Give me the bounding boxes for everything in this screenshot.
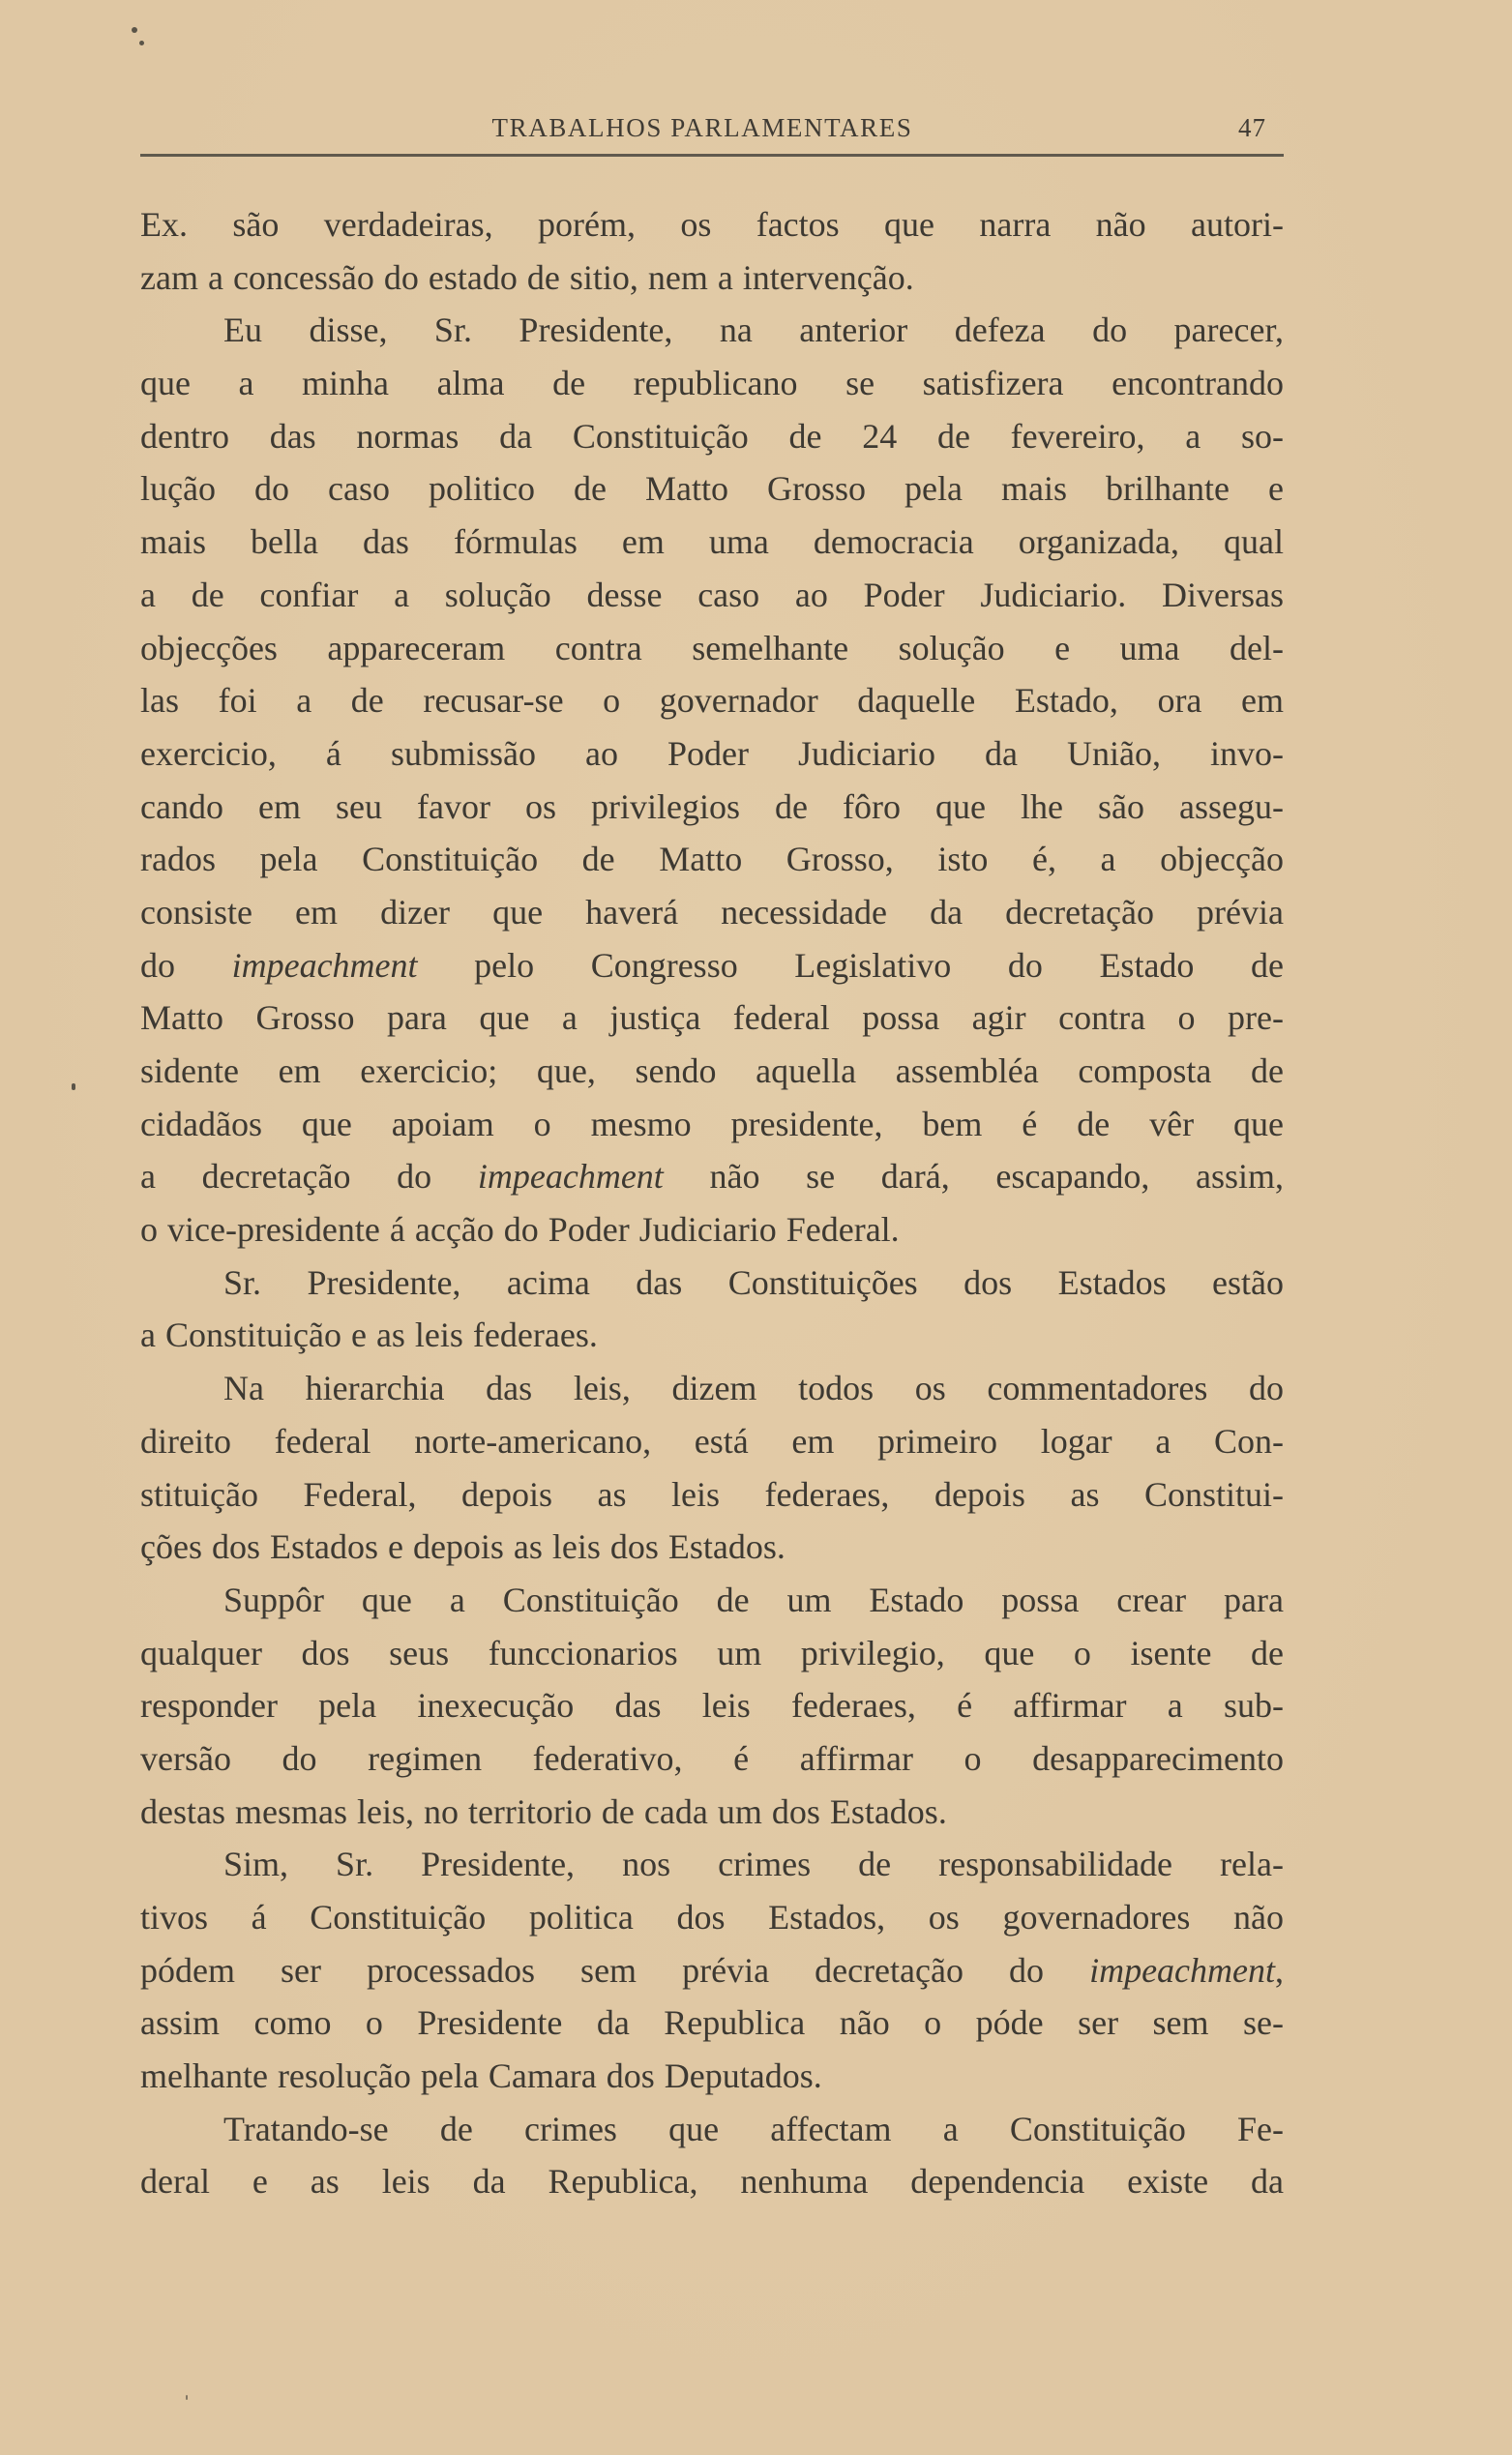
- text-line: cidadãos que apoiam o mesmo presidente, …: [140, 1098, 1284, 1151]
- scanned-page: TRABALHOS PARLAMENTARES 47 Ex. são verda…: [0, 0, 1512, 2455]
- text-line: a Constituição e as leis federaes.: [140, 1309, 1284, 1362]
- running-title: TRABALHOS PARLAMENTARES: [424, 108, 981, 147]
- text-line: deral e as leis da Republica, nenhuma de…: [140, 2155, 1284, 2208]
- running-head: TRABALHOS PARLAMENTARES 47: [140, 108, 1284, 147]
- text-line: Ex. são verdadeiras, porém, os factos qu…: [140, 198, 1284, 251]
- paragraph-first-line: Sr. Presidente, acima das Constituições …: [140, 1257, 1284, 1310]
- text-line: a decretação do impeachment não se dará,…: [140, 1150, 1284, 1203]
- text-line: o vice-presidente á acção do Poder Judic…: [140, 1203, 1284, 1257]
- body-text: Ex. são verdadeiras, porém, os factos qu…: [140, 198, 1284, 2208]
- text-line: cando em seu favor os privilegios de fôr…: [140, 781, 1284, 834]
- text-line: mais bella das fórmulas em uma democraci…: [140, 516, 1284, 569]
- text-line: dentro das normas da Constituição de 24 …: [140, 410, 1284, 463]
- ink-speck: [186, 2395, 188, 2400]
- text-line: destas mesmas leis, no territorio de cad…: [140, 1786, 1284, 1839]
- italic-term: impeachment: [1089, 1951, 1275, 1990]
- text-line: sidente em exercicio; que, sendo aquella…: [140, 1045, 1284, 1098]
- paragraph-first-line: Sim, Sr. Presidente, nos crimes de respo…: [140, 1838, 1284, 1891]
- text-line: exercicio, á submissão ao Poder Judiciar…: [140, 727, 1284, 781]
- text-segment: pelo Congresso Legislativo do Estado de: [418, 946, 1284, 985]
- paragraph-first-line: Eu disse, Sr. Presidente, na anterior de…: [140, 304, 1284, 357]
- paragraph-first-line: Na hierarchia das leis, dizem todos os c…: [140, 1362, 1284, 1415]
- text-segment: ,: [1275, 1951, 1284, 1990]
- text-line: tivos á Constituição politica dos Estado…: [140, 1891, 1284, 1944]
- text-line: ções dos Estados e depois as leis dos Es…: [140, 1521, 1284, 1574]
- text-segment: a decretação do: [140, 1157, 478, 1196]
- text-segment: pódem ser processados sem prévia decreta…: [140, 1951, 1089, 1990]
- text-line: pódem ser processados sem prévia decreta…: [140, 1944, 1284, 1997]
- text-line: do impeachment pelo Congresso Legislativ…: [140, 939, 1284, 992]
- paragraph-first-line: Suppôr que a Constituição de um Estado p…: [140, 1574, 1284, 1627]
- text-line: melhante resolução pela Camara dos Deput…: [140, 2050, 1284, 2103]
- text-segment: não se dará, escapando, assim,: [664, 1157, 1284, 1196]
- ink-speck: [72, 1083, 75, 1090]
- text-line: Matto Grosso para que a justiça federal …: [140, 991, 1284, 1045]
- italic-term: impeachment: [478, 1157, 664, 1196]
- text-segment: do: [140, 946, 232, 985]
- text-line: direito federal norte-americano, está em…: [140, 1415, 1284, 1468]
- paragraph-first-line: Tratando-se de crimes que affectam a Con…: [140, 2103, 1284, 2156]
- text-line: qualquer dos seus funccionarios um privi…: [140, 1627, 1284, 1680]
- text-line: stituição Federal, depois as leis federa…: [140, 1468, 1284, 1522]
- text-line: responder pela inexecução das leis feder…: [140, 1679, 1284, 1732]
- page-number: 47: [1238, 108, 1266, 147]
- text-line: lução do caso politico de Matto Grosso p…: [140, 462, 1284, 516]
- text-line: assim como o Presidente da Republica não…: [140, 1997, 1284, 2050]
- text-line: rados pela Constituição de Matto Grosso,…: [140, 833, 1284, 886]
- italic-term: impeachment: [232, 946, 418, 985]
- ink-speck: [132, 27, 137, 33]
- text-line: que a minha alma de republicano se satis…: [140, 357, 1284, 410]
- text-line: consiste em dizer que haverá necessidade…: [140, 886, 1284, 939]
- text-line: versão do regimen federativo, é affirmar…: [140, 1732, 1284, 1786]
- header-rule: [140, 154, 1284, 157]
- text-line: objecções appareceram contra semelhante …: [140, 622, 1284, 675]
- ink-speck: [139, 41, 144, 45]
- text-line: zam a concessão do estado de sitio, nem …: [140, 251, 1284, 305]
- text-line: las foi a de recusar-se o governador daq…: [140, 674, 1284, 727]
- text-line: a de confiar a solução desse caso ao Pod…: [140, 569, 1284, 622]
